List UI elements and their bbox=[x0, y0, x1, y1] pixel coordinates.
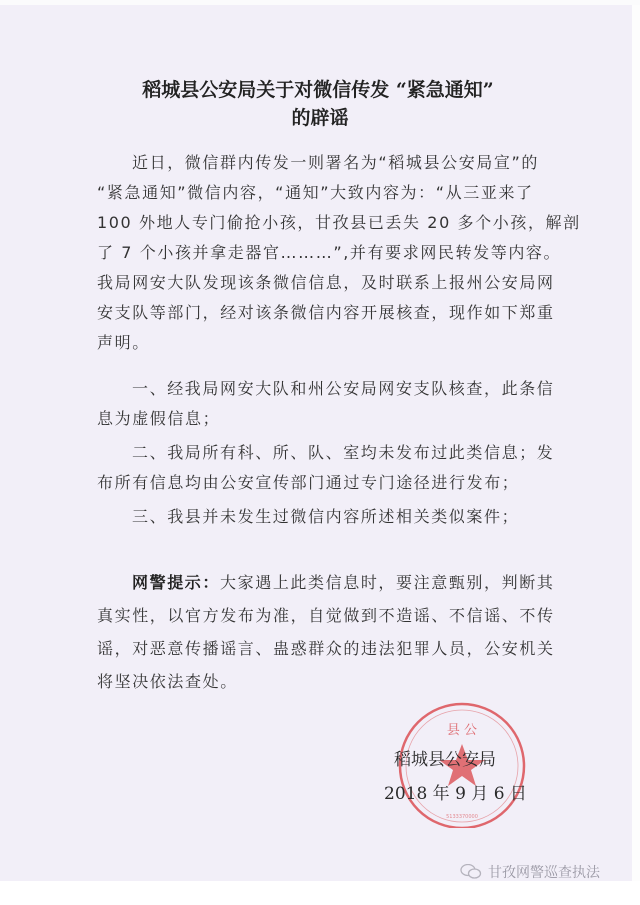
tip-line: 谣，对恶意传播谣言、蛊惑群众的违法犯罪人员，公安机关 bbox=[97, 636, 567, 659]
svg-text:县 公: 县 公 bbox=[447, 723, 477, 738]
point-one-line: 息为虚假信息； bbox=[97, 406, 567, 429]
issue-date: 2018 年 9 月 6 日 bbox=[384, 779, 527, 804]
issuer-name: 稻城县公安局 bbox=[394, 745, 496, 770]
svg-text:5133370000: 5133370000 bbox=[446, 814, 478, 820]
tip-text: 大家遇上此类信息时，要注意甄别，判断其 bbox=[220, 573, 554, 592]
tip-line: 真实性，以官方发布为准，自觉做到不造谣、不信谣、不传 bbox=[97, 603, 567, 626]
document-title: 稻城县公安局关于对微信传发 “紧急通知” bbox=[0, 75, 638, 102]
point-one-line: 一、经我局网安大队和州公安局网安支队核查，此条信 bbox=[132, 376, 602, 399]
paragraph-line: “紧急通知”微信内容，“通知”大致内容为：“从三亚来了 bbox=[97, 180, 567, 203]
point-two-line: 二、我局所有科、所、队、室均未发布过此类信息；发 bbox=[132, 440, 602, 463]
paragraph-line: 安支队等部门，经对该条微信内容开展核查，现作如下郑重 bbox=[97, 300, 567, 323]
tip-line: 将坚决依法查处。 bbox=[97, 669, 567, 692]
point-two-line: 布所有信息均由公安宣传部门通过专门途径进行发布； bbox=[97, 470, 567, 493]
watermark: 甘孜网警巡查执法 bbox=[460, 862, 600, 882]
paragraph-line: 我局网安大队发现该条微信信息，及时联系上报州公安局网 bbox=[97, 270, 567, 293]
tip-line: 网警提示：大家遇上此类信息时，要注意甄别，判断其 bbox=[132, 570, 602, 593]
page-edge bbox=[632, 5, 640, 881]
document-title-line2: 的辟谣 bbox=[0, 103, 640, 130]
point-three-line: 三、我县并未发生过微信内容所述相关类似案件； bbox=[132, 504, 602, 527]
wechat-icon bbox=[460, 864, 482, 879]
paragraph-line: 近日，微信群内传发一则署名为“稻城县公安局宣”的 bbox=[132, 150, 602, 173]
paragraph-line: 声明。 bbox=[97, 330, 567, 353]
paragraph-line: 了 7 个小孩并拿走器官………”,并有要求网民转发等内容。 bbox=[97, 240, 567, 263]
paragraph-line: 100 外地人专门偷抢小孩，甘孜县已丢失 20 多个小孩，解剖 bbox=[97, 210, 567, 233]
tip-label: 网警提示： bbox=[132, 573, 220, 592]
bottom-border bbox=[0, 881, 640, 905]
watermark-text: 甘孜网警巡查执法 bbox=[488, 865, 600, 881]
